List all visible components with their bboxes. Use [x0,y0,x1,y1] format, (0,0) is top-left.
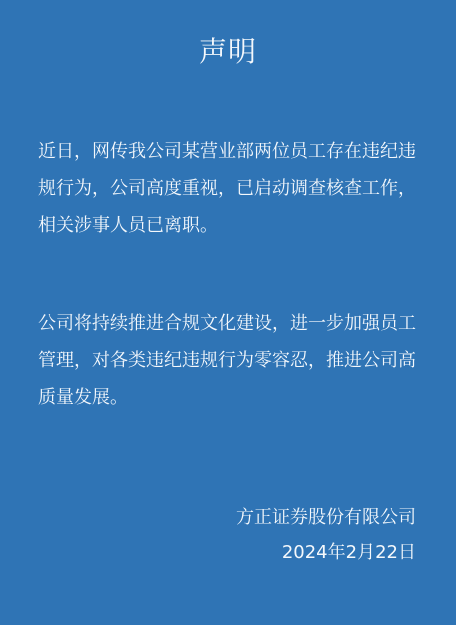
signature-date: 2024年2月22日 [282,538,416,564]
statement-paragraph-1: 近日，网传我公司某营业部两位员工存在违纪违规行为，公司高度重视，已启动调查核查工… [38,133,428,244]
page-title: 声明 [0,30,456,70]
signature-organization: 方正证券股份有限公司 [236,503,416,529]
statement-paragraph-2: 公司将持续推进合规文化建设，进一步加强员工管理，对各类违纪违规行为零容忍，推进公… [38,305,428,416]
